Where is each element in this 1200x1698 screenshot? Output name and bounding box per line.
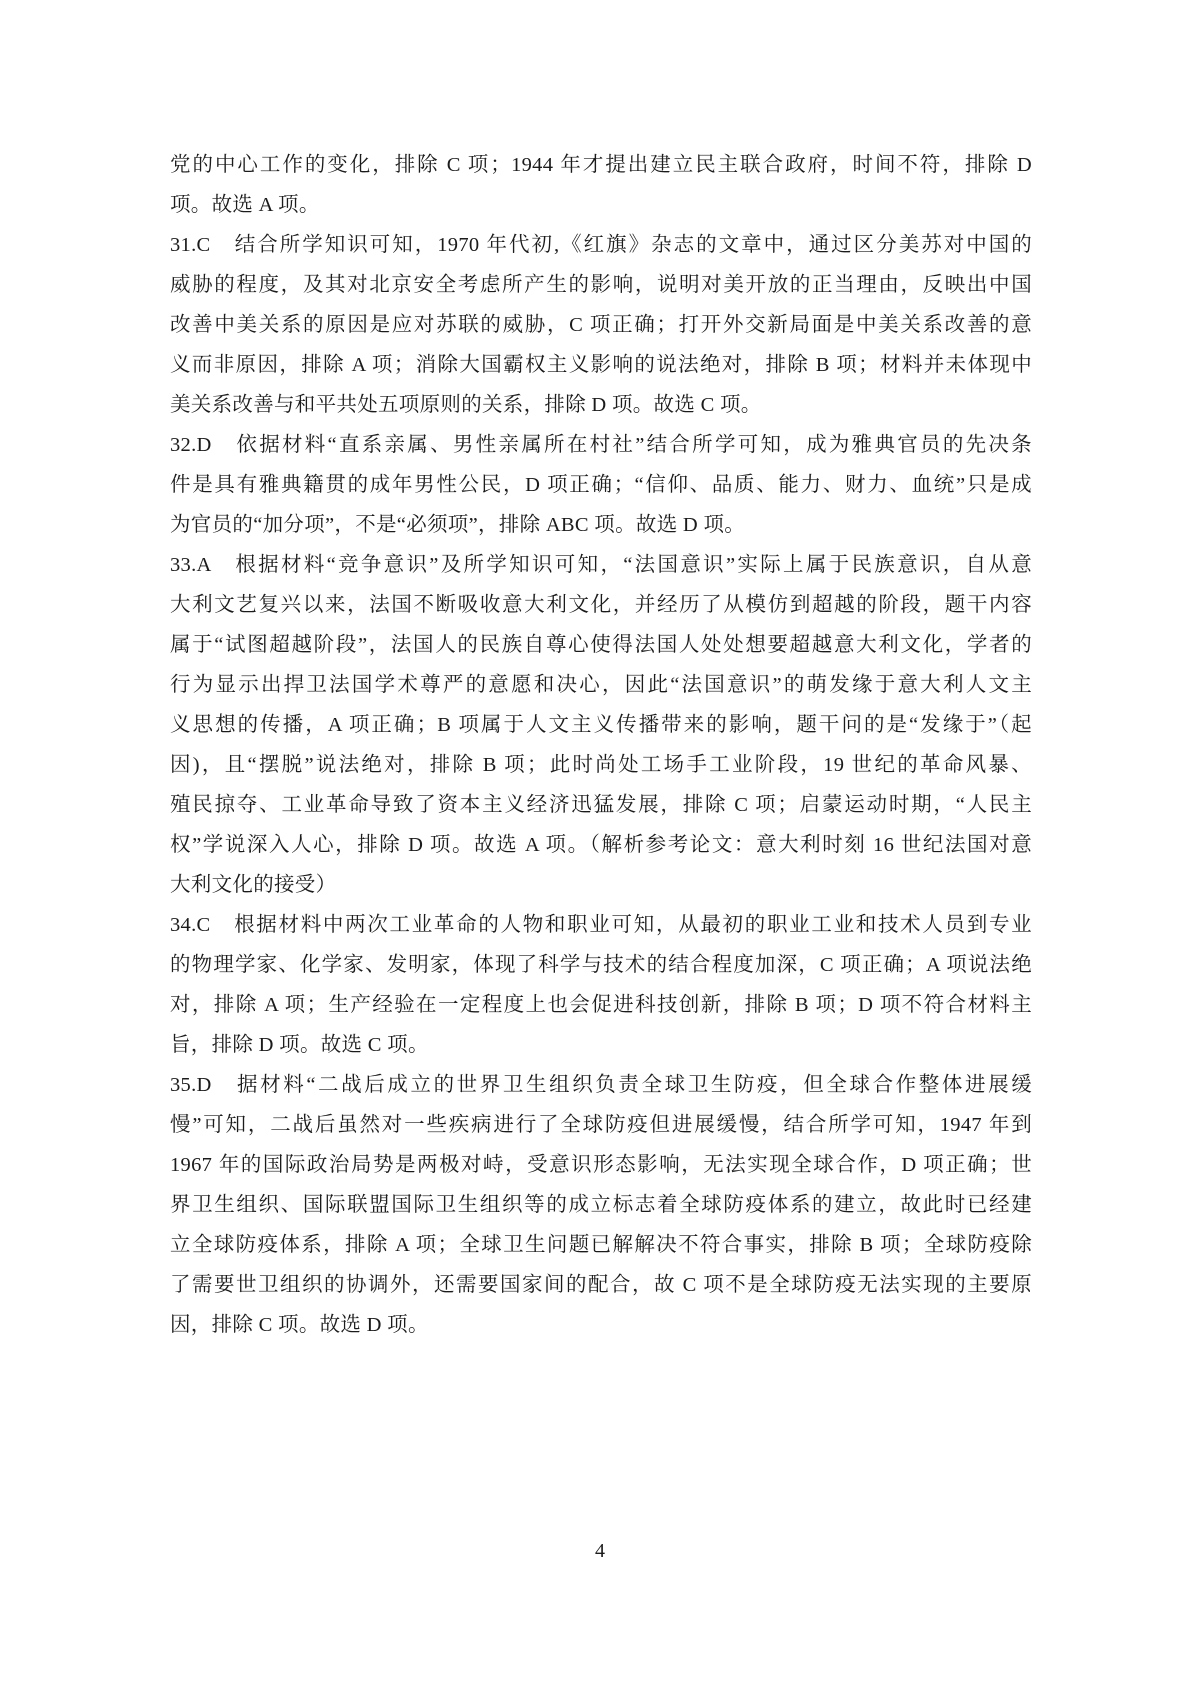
answer-32: 32.D 依据材料“直系亲属、男性亲属所在村社”结合所学可知，成为雅典官员的先决… — [170, 425, 1032, 545]
text-line: 为官员的“加分项”，不是“必须项”，排除 ABC 项。故选 D 项。 — [170, 505, 1032, 545]
answer-33: 33.A 根据材料“竞争意识”及所学知识可知，“法国意识”实际上属于民族意识，自… — [170, 545, 1032, 905]
text-line: 旨，排除 D 项。故选 C 项。 — [170, 1025, 1032, 1065]
text-line: 34.C 根据材料中两次工业革命的人物和职业可知，从最初的职业工业和技术人员到专… — [170, 905, 1032, 945]
text-line: 31.C 结合所学知识可知，1970 年代初,《红旗》杂志的文章中，通过区分美苏… — [170, 225, 1032, 265]
text-line: 慢”可知，二战后虽然对一些疾病进行了全球防疫但进展缓慢，结合所学可知，1947 … — [170, 1105, 1032, 1145]
text-line: 件是具有雅典籍贯的成年男性公民，D 项正确；“信仰、品质、能力、财力、血统”只是… — [170, 465, 1032, 505]
text-line: 项。故选 A 项。 — [170, 185, 1032, 225]
document-page: 党的中心工作的变化，排除 C 项；1944 年才提出建立民主联合政府，时间不符，… — [0, 0, 1200, 1698]
text-line: 行为显示出捍卫法国学术尊严的意愿和决心，因此“法国意识”的萌发缘于意大利人文主 — [170, 665, 1032, 705]
answer-35: 35.D 据材料“二战后成立的世界卫生组织负责全球卫生防疫，但全球合作整体进展缓… — [170, 1065, 1032, 1345]
text-line: 1967 年的国际政治局势是两极对峙，受意识形态影响，无法实现全球合作，D 项正… — [170, 1145, 1032, 1185]
text-line: 界卫生组织、国际联盟国际卫生组织等的成立标志着全球防疫体系的建立，故此时已经建 — [170, 1185, 1032, 1225]
answer-31: 31.C 结合所学知识可知，1970 年代初,《红旗》杂志的文章中，通过区分美苏… — [170, 225, 1032, 425]
text-line: 改善中美关系的原因是应对苏联的威胁，C 项正确；打开外交新局面是中美关系改善的意 — [170, 305, 1032, 345]
text-line: 义而非原因，排除 A 项；消除大国霸权主义影响的说法绝对，排除 B 项；材料并未… — [170, 345, 1032, 385]
text-line: 义思想的传播，A 项正确；B 项属于人文主义传播带来的影响，题干问的是“发缘于”… — [170, 705, 1032, 745]
text-line: 大利文艺复兴以来，法国不断吸收意大利文化，并经历了从模仿到超越的阶段，题干内容 — [170, 585, 1032, 625]
text-line: 32.D 依据材料“直系亲属、男性亲属所在村社”结合所学可知，成为雅典官员的先决… — [170, 425, 1032, 465]
text-line: 33.A 根据材料“竞争意识”及所学知识可知，“法国意识”实际上属于民族意识，自… — [170, 545, 1032, 585]
text-line: 权”学说深入人心，排除 D 项。故选 A 项。（解析参考论文：意大利时刻 16 … — [170, 825, 1032, 865]
text-line: 殖民掠夺、工业革命导致了资本主义经济迅猛发展，排除 C 项；启蒙运动时期，“人民… — [170, 785, 1032, 825]
text-line: 立全球防疫体系，排除 A 项；全球卫生问题已解解决不符合事实，排除 B 项；全球… — [170, 1225, 1032, 1265]
text-line: 威胁的程度，及其对北京安全考虑所产生的影响，说明对美开放的正当理由，反映出中国 — [170, 265, 1032, 305]
text-line: 美关系改善与和平共处五项原则的关系，排除 D 项。故选 C 项。 — [170, 385, 1032, 425]
answer-text-block: 党的中心工作的变化，排除 C 项；1944 年才提出建立民主联合政府，时间不符，… — [170, 145, 1032, 1345]
text-line: 35.D 据材料“二战后成立的世界卫生组织负责全球卫生防疫，但全球合作整体进展缓 — [170, 1065, 1032, 1105]
answer-34: 34.C 根据材料中两次工业革命的人物和职业可知，从最初的职业工业和技术人员到专… — [170, 905, 1032, 1065]
text-line: 大利文化的接受） — [170, 865, 1032, 905]
text-line: 因)，且“摆脱”说法绝对，排除 B 项；此时尚处工场手工业阶段，19 世纪的革命… — [170, 745, 1032, 785]
text-line: 党的中心工作的变化，排除 C 项；1944 年才提出建立民主联合政府，时间不符，… — [170, 145, 1032, 185]
answer-30-continuation: 党的中心工作的变化，排除 C 项；1944 年才提出建立民主联合政府，时间不符，… — [170, 145, 1032, 225]
text-line: 的物理学家、化学家、发明家，体现了科学与技术的结合程度加深，C 项正确；A 项说… — [170, 945, 1032, 985]
text-line: 了需要世卫组织的协调外，还需要国家间的配合，故 C 项不是全球防疫无法实现的主要… — [170, 1265, 1032, 1305]
text-line: 因，排除 C 项。故选 D 项。 — [170, 1305, 1032, 1345]
page-number: 4 — [0, 1540, 1200, 1563]
text-line: 属于“试图超越阶段”，法国人的民族自尊心使得法国人处处想要超越意大利文化，学者的 — [170, 625, 1032, 665]
text-line: 对，排除 A 项；生产经验在一定程度上也会促进科技创新，排除 B 项；D 项不符… — [170, 985, 1032, 1025]
